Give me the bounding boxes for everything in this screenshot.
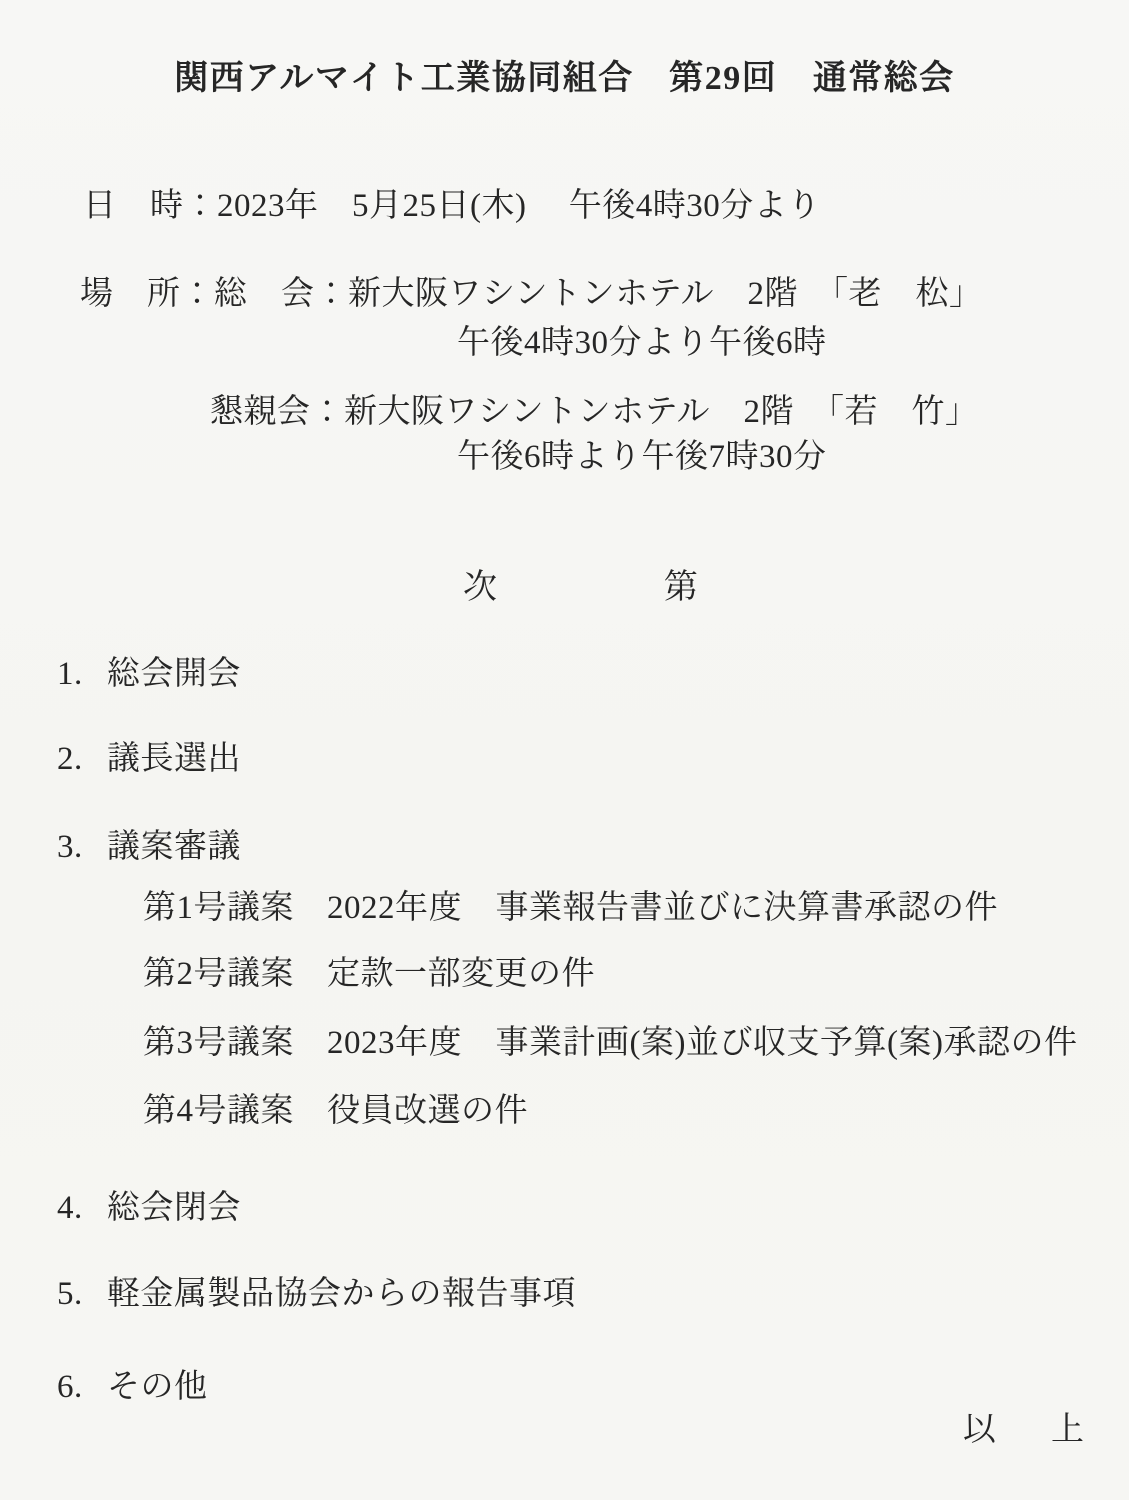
agenda-item-6-label: その他: [107, 1369, 208, 1405]
proposal-2-text: 定款一部変更の件: [327, 956, 595, 992]
reception-label: 懇親会：: [210, 394, 344, 430]
closing-char2: 上: [1051, 1412, 1084, 1450]
proposal-2-label: 第2号議案: [143, 956, 294, 992]
datetime-separator: ：: [184, 188, 218, 224]
proposal-4: 第4号議案役員改選の件: [143, 1093, 528, 1131]
place-separator: ：: [181, 276, 215, 312]
proposal-3-text: 2023年度 事業計画(案)並び収支予算(案)承認の件: [327, 1025, 1077, 1061]
agenda-item-5-number: 5.: [57, 1276, 107, 1314]
general-meeting-separator: ：: [315, 276, 349, 312]
agenda-item-3-label: 議案審議: [107, 829, 241, 865]
datetime-value: 2023年 5月25日(木) 午後4時30分より: [217, 188, 821, 224]
document-title: 関西アルマイト工業協同組合 第29回 通常総会: [0, 50, 1129, 99]
agenda-item-1: 1.総会開会: [57, 656, 241, 694]
agenda-item-5-label: 軽金属製品協会からの報告事項: [107, 1276, 576, 1312]
agenda-item-4-label: 総会閉会: [107, 1190, 241, 1226]
agenda-item-5: 5.軽金属製品協会からの報告事項: [57, 1276, 576, 1314]
reception-line: 懇親会：新大阪ワシントンホテル 2階 「若 竹」: [210, 394, 979, 432]
agenda-item-4: 4.総会閉会: [57, 1190, 241, 1228]
place-label: 場 所: [80, 276, 181, 312]
agenda-item-2-label: 議長選出: [107, 741, 241, 777]
agenda-item-4-number: 4.: [57, 1190, 107, 1228]
agenda-item-1-label: 総会開会: [107, 656, 241, 692]
agenda-heading-char2: 第: [664, 568, 698, 607]
proposal-1: 第1号議案2022年度 事業報告書並びに決算書承認の件: [143, 890, 998, 928]
agenda-item-6: 6.その他: [57, 1369, 208, 1407]
agenda-item-1-number: 1.: [57, 656, 107, 694]
proposal-3-label: 第3号議案: [143, 1025, 294, 1061]
proposal-3: 第3号議案2023年度 事業計画(案)並び収支予算(案)承認の件: [143, 1025, 1077, 1063]
closing-phrase: 以 上: [963, 1412, 1084, 1450]
closing-char1: 以: [963, 1412, 996, 1450]
general-meeting-time: 午後4時30分より午後6時: [457, 325, 827, 363]
agenda-heading-char1: 次: [463, 568, 497, 607]
general-meeting-venue: 新大阪ワシントンホテル 2階 「老 松」: [348, 276, 983, 312]
agenda-item-2-number: 2.: [57, 741, 107, 779]
reception-time: 午後6時より午後7時30分: [457, 439, 827, 477]
agenda-item-3: 3.議案審議: [57, 829, 241, 867]
general-meeting-label: 総 会: [214, 276, 315, 312]
datetime-line: 日 時：2023年 5月25日(木) 午後4時30分より: [83, 188, 821, 226]
agenda-item-3-number: 3.: [57, 829, 107, 867]
proposal-1-text: 2022年度 事業報告書並びに決算書承認の件: [327, 890, 998, 926]
proposal-1-label: 第1号議案: [143, 890, 294, 926]
scanned-document-page: 関西アルマイト工業協同組合 第29回 通常総会 日 時：2023年 5月25日(…: [0, 0, 1129, 1500]
datetime-label: 日 時: [83, 188, 184, 224]
reception-venue: 新大阪ワシントンホテル 2階 「若 竹」: [344, 394, 979, 430]
agenda-heading: 次 第: [463, 568, 698, 607]
proposal-4-text: 役員改選の件: [327, 1093, 528, 1129]
proposal-4-label: 第4号議案: [143, 1093, 294, 1129]
agenda-item-6-number: 6.: [57, 1369, 107, 1407]
place-line: 場 所：総 会：新大阪ワシントンホテル 2階 「老 松」: [80, 276, 983, 314]
proposal-2: 第2号議案定款一部変更の件: [143, 956, 595, 994]
agenda-item-2: 2.議長選出: [57, 741, 241, 779]
